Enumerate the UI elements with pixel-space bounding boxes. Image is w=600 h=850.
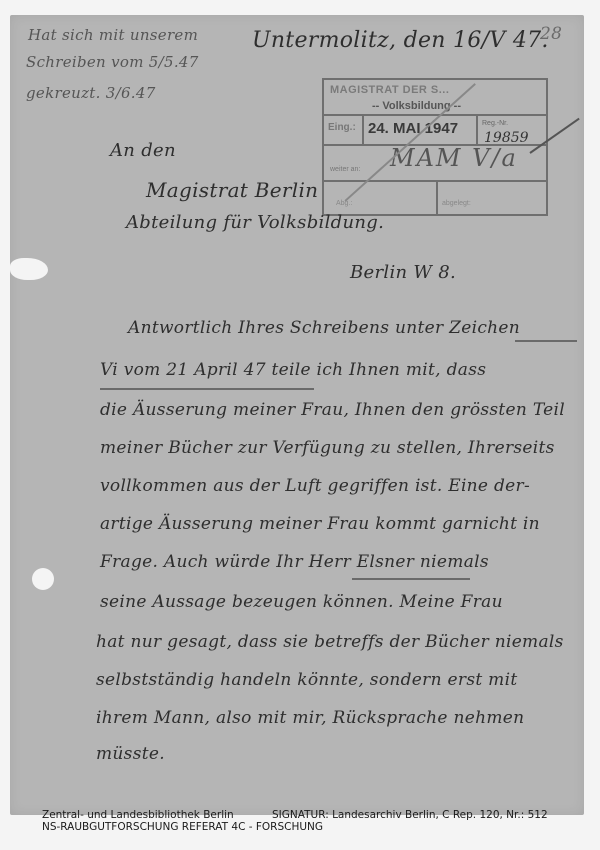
body-line-4: meiner Bücher zur Verfügung zu stellen, …	[100, 438, 555, 458]
place-date: Untermolitz, den 16/V 47.	[252, 28, 549, 53]
receipt-stamp: MAGISTRAT DER S... -- Volksbildung -- Ei…	[322, 78, 548, 216]
body-line-5: vollkommen aus der Luft gegriffen ist. E…	[100, 476, 530, 496]
body-line-10: selbstständig handeln könnte, sondern er…	[96, 670, 517, 690]
stamp-received-label: Eing.:	[328, 122, 356, 133]
recipient-line-3: Abteilung für Volksbildung.	[126, 212, 384, 233]
body-line-9: hat nur gesagt, dass sie betreffs der Bü…	[96, 632, 564, 652]
body-line-1: Antwortlich Ihres Schreibens unter Zeich…	[128, 318, 520, 338]
stamp-filed-label: abgelegt:	[442, 200, 471, 207]
body-line-11: ihrem Mann, also mit mir, Rücksprache ne…	[96, 708, 524, 728]
margin-note-line-3: gekreuzt. 3/6.47	[26, 80, 156, 107]
footer-department: NS-RAUBGUTFORSCHUNG REFERAT 4C - FORSCHU…	[42, 821, 323, 833]
recipient-line-2: Magistrat Berlin	[146, 178, 318, 202]
reference-underline	[515, 340, 577, 342]
margin-note-line-1: Hat sich mit unserem	[28, 22, 198, 49]
body-line-3: die Äusserung meiner Frau, Ihnen den grö…	[100, 400, 565, 420]
footer-institution: Zentral- und Landesbibliothek Berlin	[42, 809, 234, 821]
stamp-forwarded-to: MAM V/a	[390, 144, 518, 172]
body-line-8: seine Aussage bezeugen können. Meine Fra…	[100, 592, 503, 612]
body-line-6: artige Äusserung meiner Frau kommt garni…	[100, 514, 540, 534]
stamp-received-date: 24. MAI 1947	[368, 120, 458, 137]
stamp-forwarded-label: weiter an:	[330, 166, 360, 173]
paper-damage-hole	[10, 258, 48, 280]
recipient-city: Berlin W 8.	[350, 262, 456, 283]
punch-hole	[32, 568, 54, 590]
recipient-line-1: An den	[110, 140, 176, 161]
margin-note-line-2: Schreiben vom 5/5.47	[26, 49, 199, 76]
stamp-filing-label: Abg.:	[336, 200, 352, 207]
reference-underline	[100, 388, 314, 390]
body-line-7: Frage. Auch würde Ihr Herr Elsner niemal…	[100, 552, 489, 572]
body-line-12: müsste.	[96, 744, 165, 764]
stamp-register-label: Reg.-Nr.	[482, 120, 508, 127]
footer-signature: SIGNATUR: Landesarchiv Berlin, C Rep. 12…	[272, 809, 548, 821]
stamp-title: MAGISTRAT DER S...	[330, 84, 449, 96]
body-line-2: Vi vom 21 April 47 teile ich Ihnen mit, …	[100, 360, 486, 380]
name-underline	[352, 578, 470, 580]
